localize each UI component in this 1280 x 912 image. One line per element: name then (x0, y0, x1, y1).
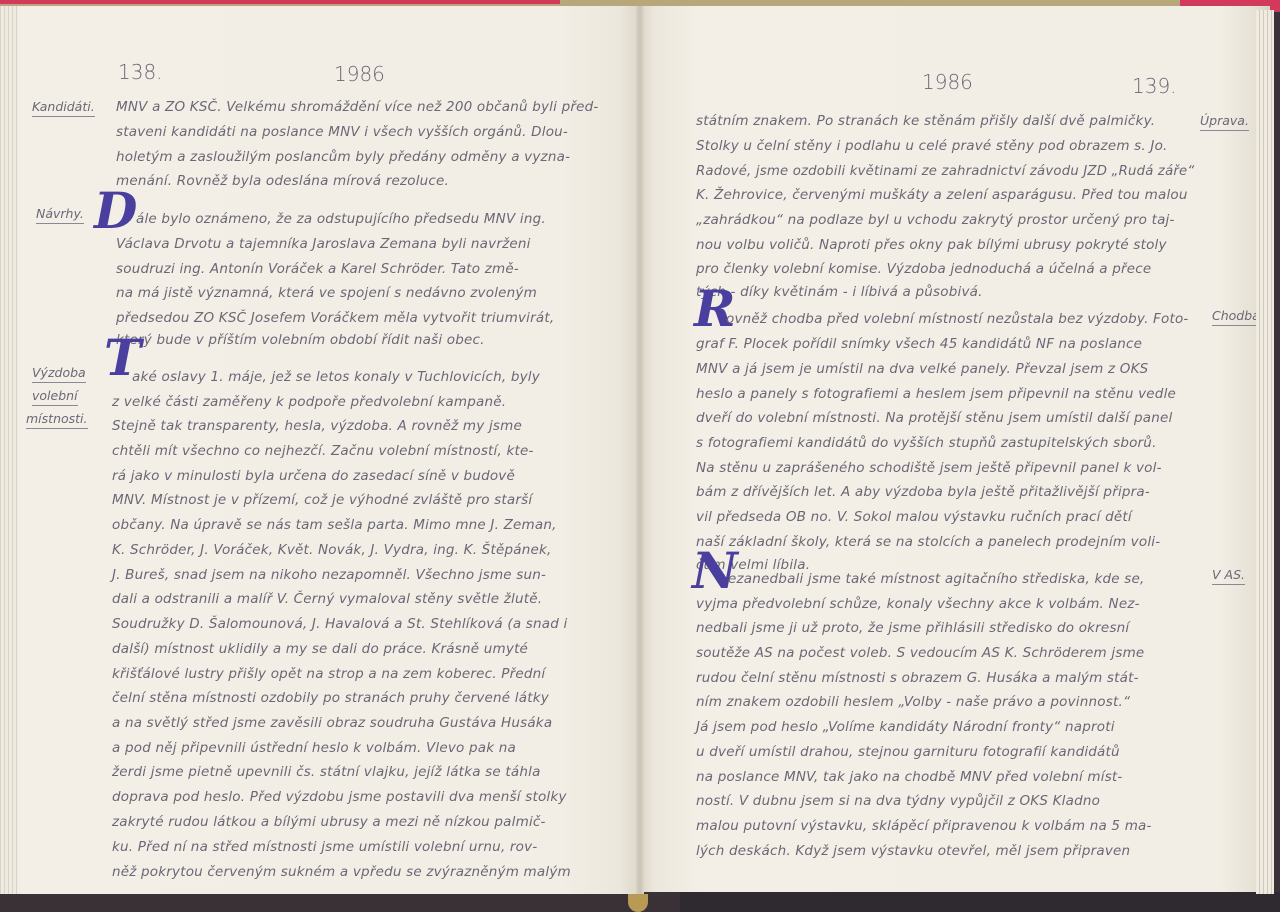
text-line: Stejně tak transparenty, hesla, výzdoba.… (112, 417, 522, 435)
text-line: Na stěnu u zaprášeného schodiště jsem je… (696, 459, 1162, 477)
text-line: doprava pod heslo. Před výzdobu jsme pos… (112, 788, 567, 806)
margin-note-navrhy: Návrhy. (36, 205, 84, 224)
text-line: Radové, jsme ozdobili květinami ze zahra… (696, 162, 1194, 180)
text-line: staveni kandidáti na poslance MNV i všec… (116, 123, 568, 141)
text-line: státním znakem. Po stranách ke stěnám př… (696, 112, 1155, 130)
text-line: občany. Na úpravě se nás tam sešla parta… (112, 516, 557, 534)
page-number: 139. (1132, 74, 1177, 98)
text-line: ností. V dubnu jsem si na dva týdny vypů… (696, 792, 1100, 810)
text-line: chtěli mít všechno co nejhezčí. Začnu vo… (112, 442, 534, 460)
text-line: bám z dřívějších let. A aby výzdoba byla… (696, 483, 1150, 501)
text-line: malou putovní výstavku, sklápěcí připrav… (696, 817, 1152, 835)
page-block-edge-left (0, 6, 18, 894)
text-line: rudou čelní stěnu místnosti s obrazem G.… (696, 669, 1139, 687)
text-line: „zahrádkou“ na podlaze byl u vchodu zakr… (696, 211, 1175, 229)
page-block-edge-right (1256, 10, 1274, 894)
text-line: nou volbu voličů. Naproti přes okny pak … (696, 236, 1167, 254)
page-number: 138. (118, 60, 163, 84)
text-line: lých deskách. Když jsem výstavku otevřel… (696, 842, 1130, 860)
text-line: a na světlý střed jsme zavěsili obraz so… (112, 714, 552, 732)
margin-note-uprava: Úprava. (1200, 112, 1249, 131)
text-line: ezanedbali jsme také místnost agitačního… (728, 570, 1145, 588)
text-line: K. Schröder, J. Voráček, Květ. Novák, J.… (112, 541, 551, 559)
margin-note-volebni: volební (32, 387, 78, 406)
text-line: holetým a zasloužilým poslancům byly pře… (116, 148, 570, 166)
text-line: na poslance MNV, tak jako na chodbě MNV … (696, 768, 1123, 786)
text-line: ále bylo oznámeno, že za odstupujícího p… (136, 210, 546, 228)
text-line: křišťálové lustry přišly opět na strop a… (112, 665, 545, 683)
text-line: heslo a panely s fotografiemi a heslem j… (696, 385, 1176, 403)
text-line: který bude v příštím volebním období říd… (116, 331, 485, 349)
text-line: pro členky volební komise. Výzdoba jedno… (696, 260, 1151, 278)
text-line: žerdi jsme pietně upevnili čs. státní vl… (112, 763, 541, 781)
drop-cap-d: D (94, 186, 137, 236)
text-line: Já jsem pod heslo „Volíme kandidáty Náro… (696, 718, 1115, 736)
text-line: MNV a ZO KSČ. Velkému shromáždění více n… (116, 98, 598, 116)
text-line: další) místnost uklidily a my se dali do… (112, 640, 528, 658)
text-line: s fotografiemi kandidátů do vyšších stup… (696, 434, 1157, 452)
margin-note-v-as: V AS. (1212, 566, 1245, 585)
text-line: Václava Drvotu a tajemníka Jaroslava Zem… (116, 235, 531, 253)
text-line: na má jistě významná, která ve spojení s… (116, 284, 537, 302)
text-line: J. Bureš, snad jsem na nikoho nezapomněl… (112, 566, 546, 584)
text-line: ovněž chodba před volební místností nezů… (726, 310, 1189, 328)
text-line: naší základní školy, která se na stolcíc… (696, 533, 1160, 551)
book-cover-red-edge-left (0, 0, 560, 4)
left-page: 138. 1986 Kandidáti. Návrhy. Výzdoba vol… (0, 6, 640, 894)
text-line: K. Žehrovice, červenými muškáty a zelení… (696, 186, 1188, 204)
text-line: aké oslavy 1. máje, jež se letos konaly … (132, 368, 540, 386)
page-year: 1986 (922, 70, 973, 94)
text-line: Soudružky D. Šalomounová, J. Havalová a … (112, 615, 568, 633)
text-line: zakryté rudou látkou a bílými ubrusy a m… (112, 813, 546, 831)
text-line: něž pokrytou červeným sukném a vpředu se… (112, 863, 571, 881)
text-line: ním znakem ozdobili heslem „Volby - naše… (696, 693, 1130, 711)
margin-note-mistnosti: místnosti. (26, 410, 88, 429)
margin-note-vyzdoba: Výzdoba (32, 364, 86, 383)
text-line: ku. Před ní na střed místnosti jsme umís… (112, 838, 537, 856)
text-line: vil předseda OB no. V. Sokol malou výsta… (696, 508, 1132, 526)
margin-note-kandidati: Kandidáti. (32, 98, 95, 117)
page-year: 1986 (334, 62, 385, 86)
text-line: tých - díky květinám - i líbivá a působi… (696, 283, 983, 301)
text-line: rá jako v minulosti byla určena do zased… (112, 467, 515, 485)
text-line: a pod něj připevnili ústřední heslo k vo… (112, 739, 516, 757)
book-gutter (636, 6, 644, 896)
text-line: nedbali jsme ji už proto, že jsme přihlá… (696, 619, 1129, 637)
text-line: předsedou ZO KSČ Josefem Voráčkem měla v… (116, 309, 554, 327)
text-line: vyjma předvolební schůze, konaly všechny… (696, 595, 1140, 613)
text-line: menání. Rovněž byla odeslána mírová rezo… (116, 172, 449, 190)
text-line: dveří do volební místnosti. Na protější … (696, 409, 1173, 427)
text-line: Stolky u čelní stěny i podlahu u celé pr… (696, 137, 1168, 155)
text-line: MNV a já jsem je umístil na dva velké pa… (696, 360, 1148, 378)
text-line: soutěže AS na počest voleb. S vedoucím A… (696, 644, 1144, 662)
text-line: graf F. Plocek pořídil snímky všech 45 k… (696, 335, 1142, 353)
text-line: soudruzi ing. Antonín Voráček a Karel Sc… (116, 260, 519, 278)
background-surface-right (680, 892, 1280, 912)
right-page: 1986 139. Úprava. Chodba. V AS. státním … (640, 6, 1270, 892)
text-line: čelní stěna místnosti ozdobily po straná… (112, 689, 549, 707)
text-line: u dveří umístil drahou, stejnou garnitur… (696, 743, 1120, 761)
text-line: z velké části zaměřeny k podpoře předvol… (112, 393, 506, 411)
text-line: dali a odstranili a malíř V. Černý vymal… (112, 590, 542, 608)
text-line: MNV. Místnost je v přízemí, což je výhod… (112, 491, 532, 509)
